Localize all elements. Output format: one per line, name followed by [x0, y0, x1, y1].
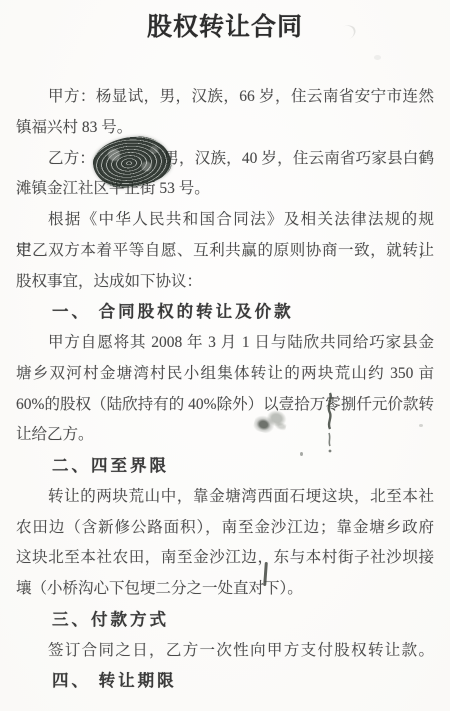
- section-1-heading: 一、 合同股权的转让及价款: [16, 297, 434, 328]
- section-4-heading: 四、 转让期限: [16, 666, 434, 697]
- party-b-details: 男，汉族，40 岁，住云南省巧家县白鹤: [163, 150, 434, 167]
- contract-line: 壤（小桥沟心下包埂二分之一处直对下）。: [16, 574, 434, 605]
- contract-line: 塘乡双河村金塘湾村民小组集体转让的两块荒山约 350 亩: [16, 359, 434, 390]
- contract-line: 甲方：杨显试，男，汉族，66 岁，住云南省安宁市连然: [16, 82, 434, 113]
- contract-line: 滩镇金江社区平正街 53 号。: [16, 174, 434, 205]
- party-b-label: 乙方：: [48, 150, 95, 167]
- ink-speck: [300, 452, 303, 456]
- contract-line-party-b: 乙方：男，汉族，40 岁，住云南省巧家县白鹤: [16, 144, 434, 175]
- contract-line: 这块北至本社农田，南至金沙江边，东与本村街子社沙坝接: [16, 543, 434, 574]
- contract-line: 甲乙双方本着平等自愿、互利共赢的原则协商一致，就转让: [16, 236, 434, 267]
- contract-line: 农田边（含新修公路面积），南至金沙江边；靠金塘乡政府: [16, 513, 434, 544]
- contract-line: 股权事宜，达成如下协议：: [16, 267, 434, 298]
- paper-smudge: [374, 55, 381, 60]
- section-2-heading: 二、四至界限: [16, 451, 434, 482]
- scanned-paper-background: 股权转让合同 甲方：杨显试，男，汉族，66 岁，住云南省安宁市连然 镇福兴村 8…: [0, 0, 450, 711]
- ink-squiggle: [322, 392, 338, 454]
- contract-line: 镇福兴村 83 号。: [16, 113, 434, 144]
- ink-speck: [419, 424, 423, 427]
- contract-body: 甲方：杨显试，男，汉族，66 岁，住云南省安宁市连然 镇福兴村 83 号。 乙方…: [16, 82, 434, 697]
- contract-title-text: 股权转让合同: [147, 14, 303, 41]
- contract-line: 根据《中华人民共和国合同法》及相关法律法规的规定，: [16, 205, 434, 236]
- contract-line: 签订合同之日，乙方一次性向甲方支付股权转让款。: [16, 636, 434, 667]
- contract-title: 股权转让合同: [0, 12, 450, 44]
- section-3-heading: 三、付款方式: [16, 605, 434, 636]
- contract-line: 60%的股权（陆欣持有的 40%除外）以壹拾万零捌仟元价款转: [16, 390, 434, 421]
- contract-line: 让给乙方。: [16, 420, 434, 451]
- contract-line: 转让的两块荒山中，靠金塘湾西面石埂这块，北至本社: [16, 482, 434, 513]
- document-page: { "colors": { "paper": "#fcfbf9", "body_…: [0, 0, 450, 711]
- contract-line: 甲方自愿将其 2008 年 3 月 1 日与陆欣共同给巧家县金: [16, 328, 434, 359]
